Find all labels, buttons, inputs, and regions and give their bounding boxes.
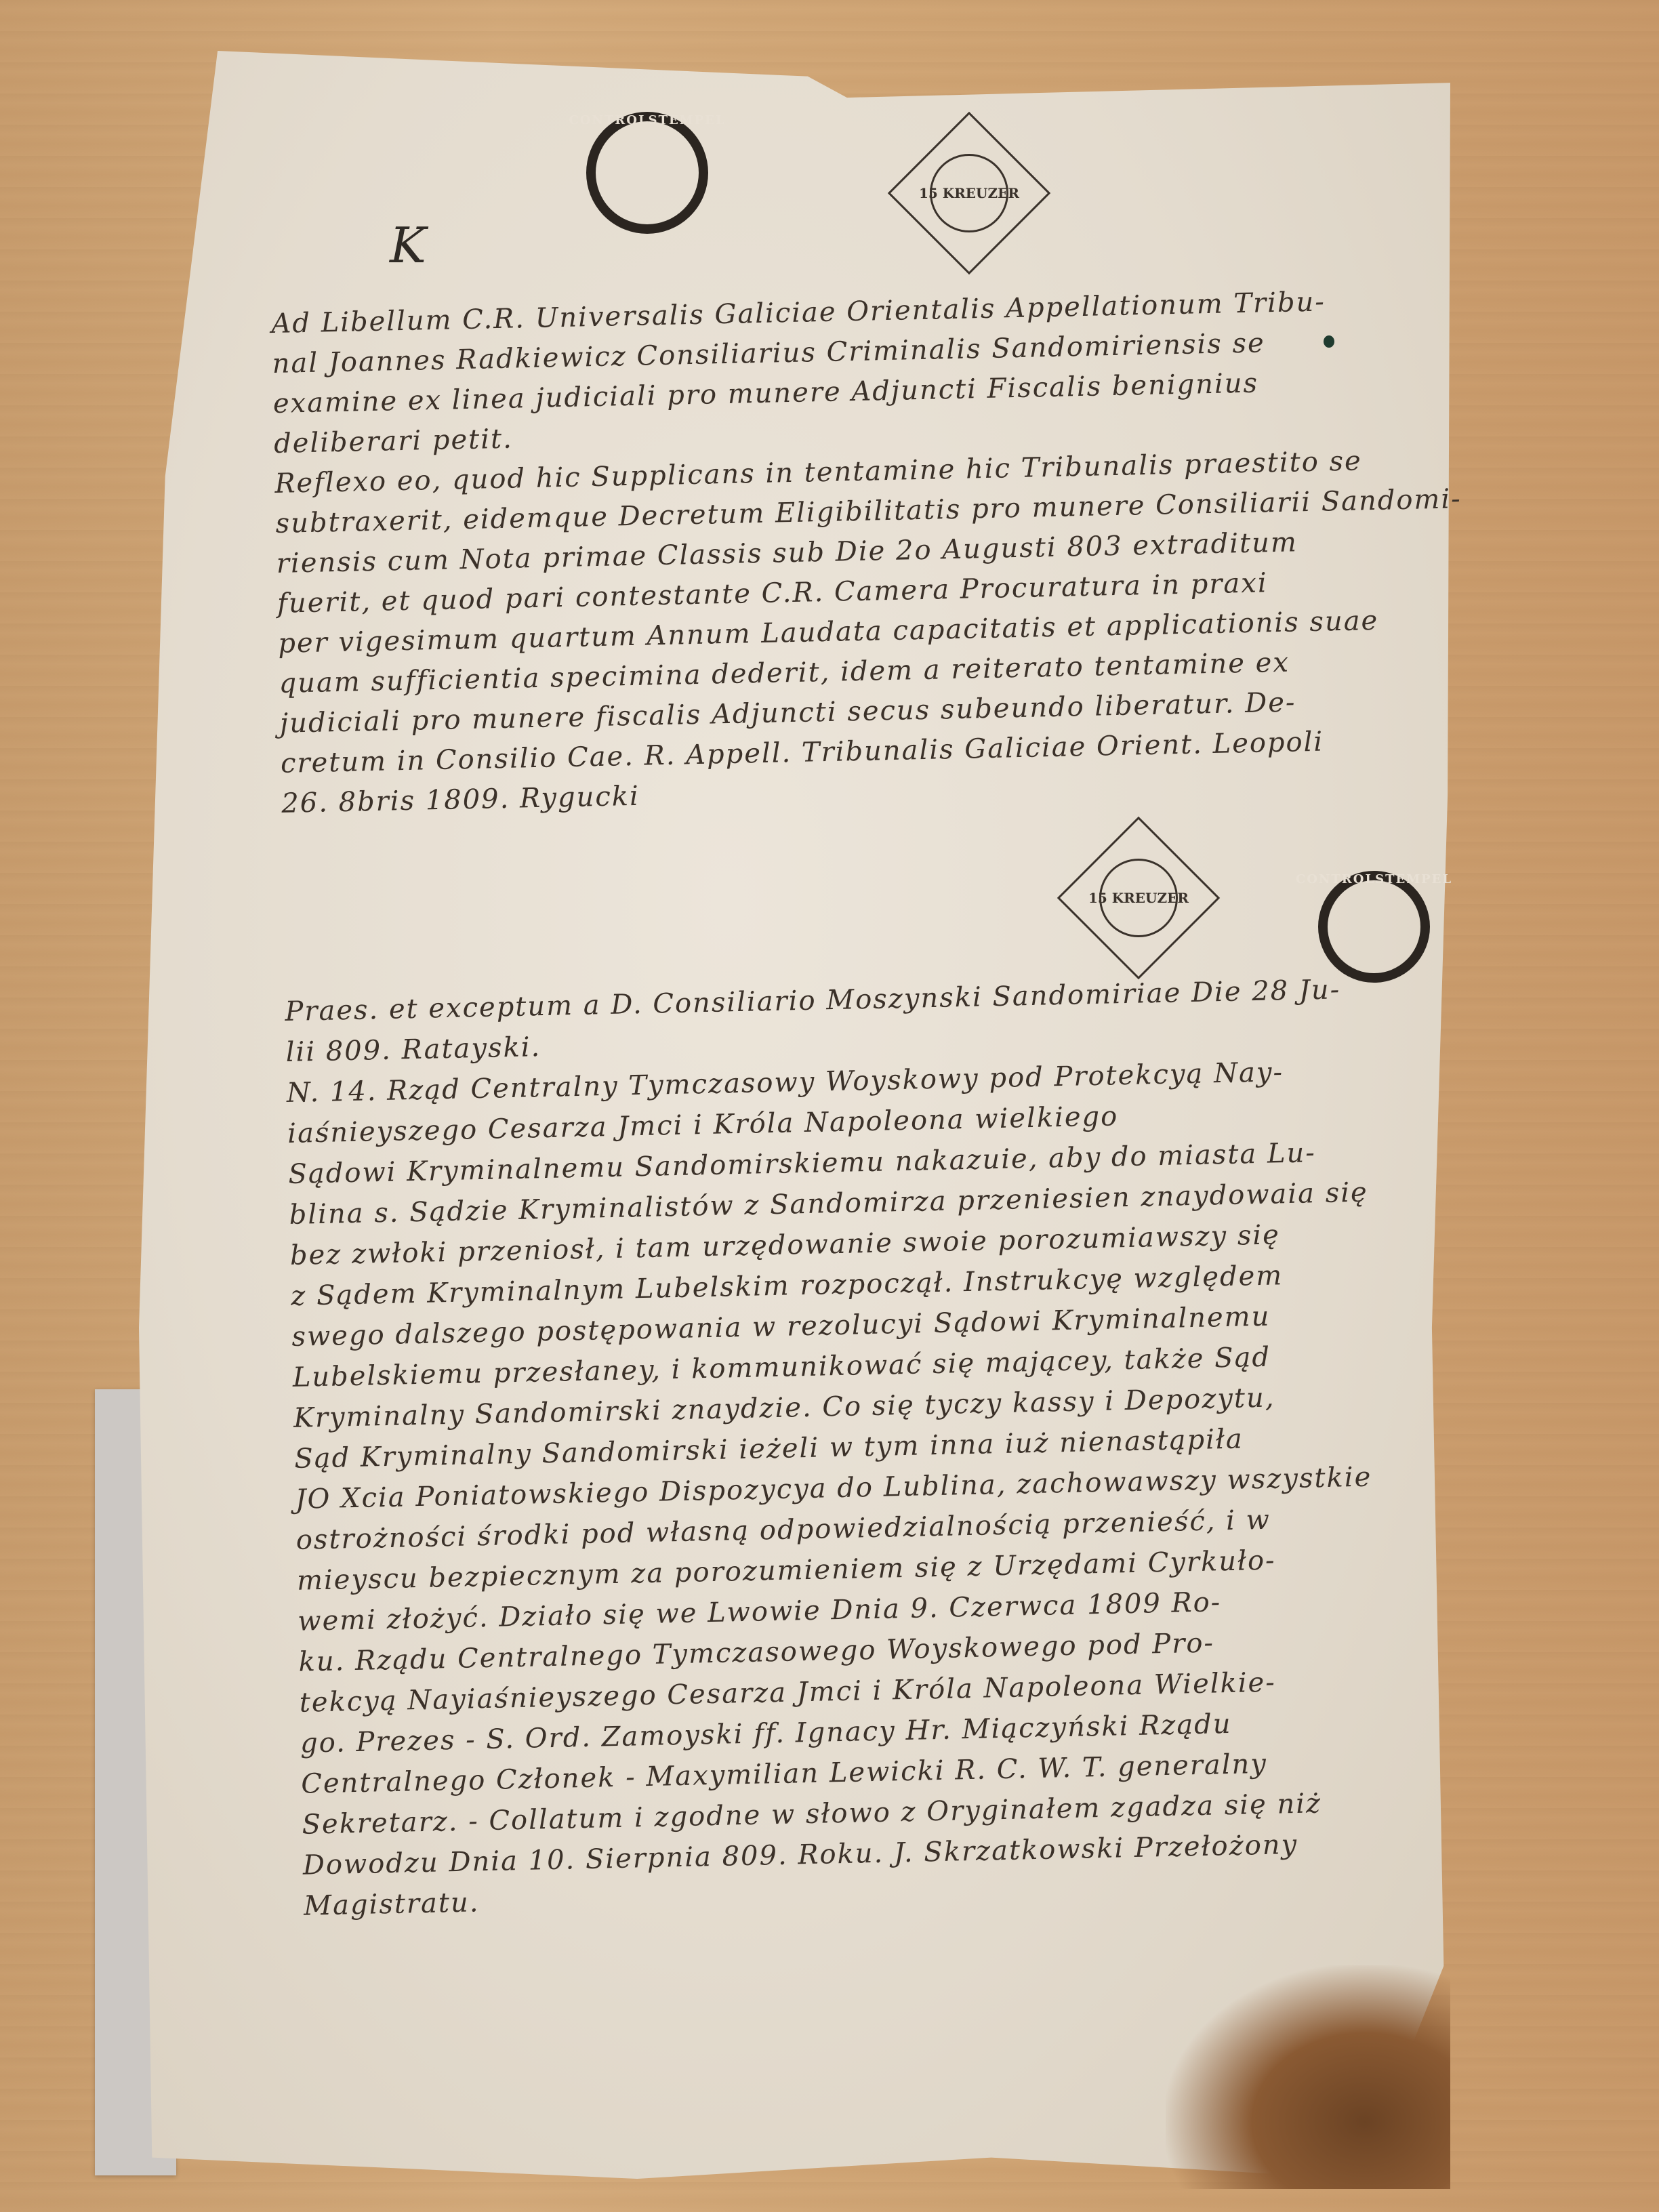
- stamp-text: 15 KREUZER: [1088, 890, 1189, 906]
- stamp-text: 15 KREUZER: [919, 185, 1019, 201]
- latin-decree-section: Ad Libellum C.R. Universalis Galiciae Or…: [271, 283, 1468, 827]
- water-stain: [1166, 1965, 1450, 2189]
- corner-mark: K: [390, 217, 426, 274]
- stamp-text: CONTROLSTEMPEL: [569, 113, 725, 127]
- stamp-text: CONTROLSTEMPEL: [1296, 872, 1452, 886]
- polish-order-section: Praes. et exceptum a D. Consiliario Mosz…: [285, 974, 1383, 1931]
- control-stamp-circle-middle: CONTROLSTEMPEL: [1318, 871, 1430, 983]
- control-stamp-circle-top: CONTROLSTEMPEL: [586, 112, 708, 234]
